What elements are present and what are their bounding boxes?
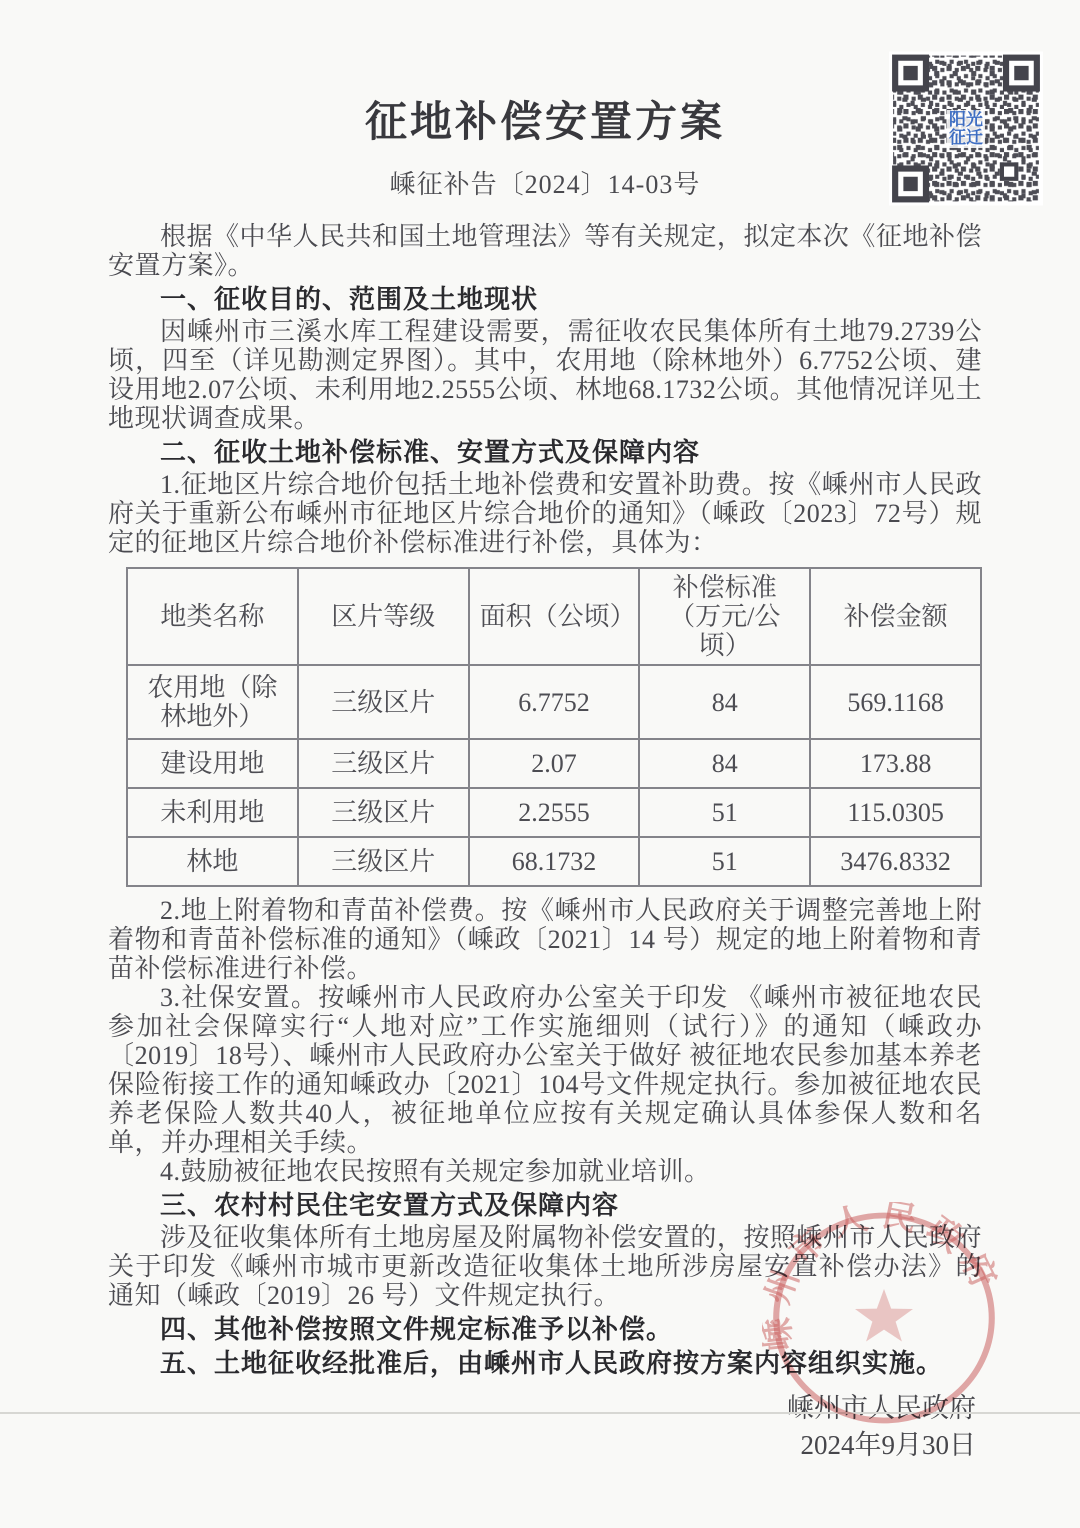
signature-org: 嵊州市人民政府 <box>108 1390 976 1427</box>
paragraph-employment-training: 4.鼓励被征地农民按照有关规定参加就业培训。 <box>108 1157 982 1186</box>
document-title: 征地补偿安置方案 <box>108 98 982 148</box>
table-cell: 三级区片 <box>298 837 469 886</box>
header-standard: 补偿标准（万元/公顷） <box>639 568 810 665</box>
intro-paragraph: 根据《中华人民共和国土地管理法》等有关规定，拟定本次《征地补偿安置方案》。 <box>108 222 982 280</box>
table-cell: 三级区片 <box>298 788 469 837</box>
document-content: 征地补偿安置方案 嵊征补告〔2024〕14-03号 根据《中华人民共和国土地管理… <box>108 98 982 1464</box>
signature-block: 嵊州市人民政府 2024年9月30日 <box>108 1390 982 1464</box>
table-cell: 3476.8332 <box>810 837 981 886</box>
table-cell: 68.1732 <box>469 837 640 886</box>
table-cell: 51 <box>639 788 810 837</box>
document-number: 嵊征补告〔2024〕14-03号 <box>108 164 982 201</box>
header-zone-grade: 区片等级 <box>298 568 469 665</box>
document-page: 阳光 征迁 征地补偿安置方案 嵊征补告〔2024〕14-03号 根据《中华人民共… <box>0 0 1080 1528</box>
table-cell: 84 <box>639 665 810 739</box>
scan-artifact-line <box>0 1412 1080 1414</box>
table-cell: 2.07 <box>469 739 640 788</box>
paragraph-social-security: 3.社保安置。按嵊州市人民政府办公室关于印发 《嵊州市被征地农民参加社会保障实行… <box>108 983 982 1157</box>
paragraph-land-price: 1.征地区片综合地价包括土地补偿费和安置补助费。按《嵊州市人民政府关于重新公布嵊… <box>108 470 982 557</box>
table-row: 林地 三级区片 68.1732 51 3476.8332 <box>127 837 981 886</box>
section-3-heading: 三、农村村民住宅安置方式及保障内容 <box>108 1190 982 1220</box>
table-cell: 2.2555 <box>469 788 640 837</box>
table-cell: 173.88 <box>810 739 981 788</box>
section-1-paragraph: 因嵊州市三溪水库工程建设需要，需征收农民集体所有土地79.2739公顷，四至（详… <box>108 317 982 433</box>
header-amount: 补偿金额 <box>810 568 981 665</box>
table-cell: 三级区片 <box>298 739 469 788</box>
header-land-type: 地类名称 <box>127 568 298 665</box>
table-cell: 林地 <box>127 837 298 886</box>
table-cell: 三级区片 <box>298 665 469 739</box>
section-3-paragraph: 涉及征收集体所有土地房屋及附属物补偿安置的，按照嵊州市人民政府关于印发《嵊州市城… <box>108 1223 982 1310</box>
section-5-heading: 五、土地征收经批准后，由嵊州市人民政府按方案内容组织实施。 <box>108 1348 982 1378</box>
section-2-heading: 二、征收土地补偿标准、安置方式及保障内容 <box>108 437 982 467</box>
table-cell: 6.7752 <box>469 665 640 739</box>
table-cell: 建设用地 <box>127 739 298 788</box>
table-row: 农用地（除林地外） 三级区片 6.7752 84 569.1168 <box>127 665 981 739</box>
section-4-heading: 四、其他补偿按照文件规定标准予以补偿。 <box>108 1314 982 1344</box>
compensation-table: 地类名称 区片等级 面积（公顷） 补偿标准（万元/公顷） 补偿金额 农用地（除林… <box>126 567 982 887</box>
signature-date: 2024年9月30日 <box>108 1427 976 1464</box>
table-cell: 84 <box>639 739 810 788</box>
table-cell: 569.1168 <box>810 665 981 739</box>
paragraph-attachments: 2.地上附着物和青苗补偿费。按《嵊州市人民政府关于调整完善地上附着物和青苗补偿标… <box>108 896 982 983</box>
header-area: 面积（公顷） <box>469 568 640 665</box>
table-cell: 农用地（除林地外） <box>127 665 298 739</box>
table-row: 建设用地 三级区片 2.07 84 173.88 <box>127 739 981 788</box>
table-header-row: 地类名称 区片等级 面积（公顷） 补偿标准（万元/公顷） 补偿金额 <box>127 568 981 665</box>
table-cell: 51 <box>639 837 810 886</box>
section-1-heading: 一、征收目的、范围及土地现状 <box>108 284 982 314</box>
table-cell: 未利用地 <box>127 788 298 837</box>
table-cell: 115.0305 <box>810 788 981 837</box>
table-row: 未利用地 三级区片 2.2555 51 115.0305 <box>127 788 981 837</box>
